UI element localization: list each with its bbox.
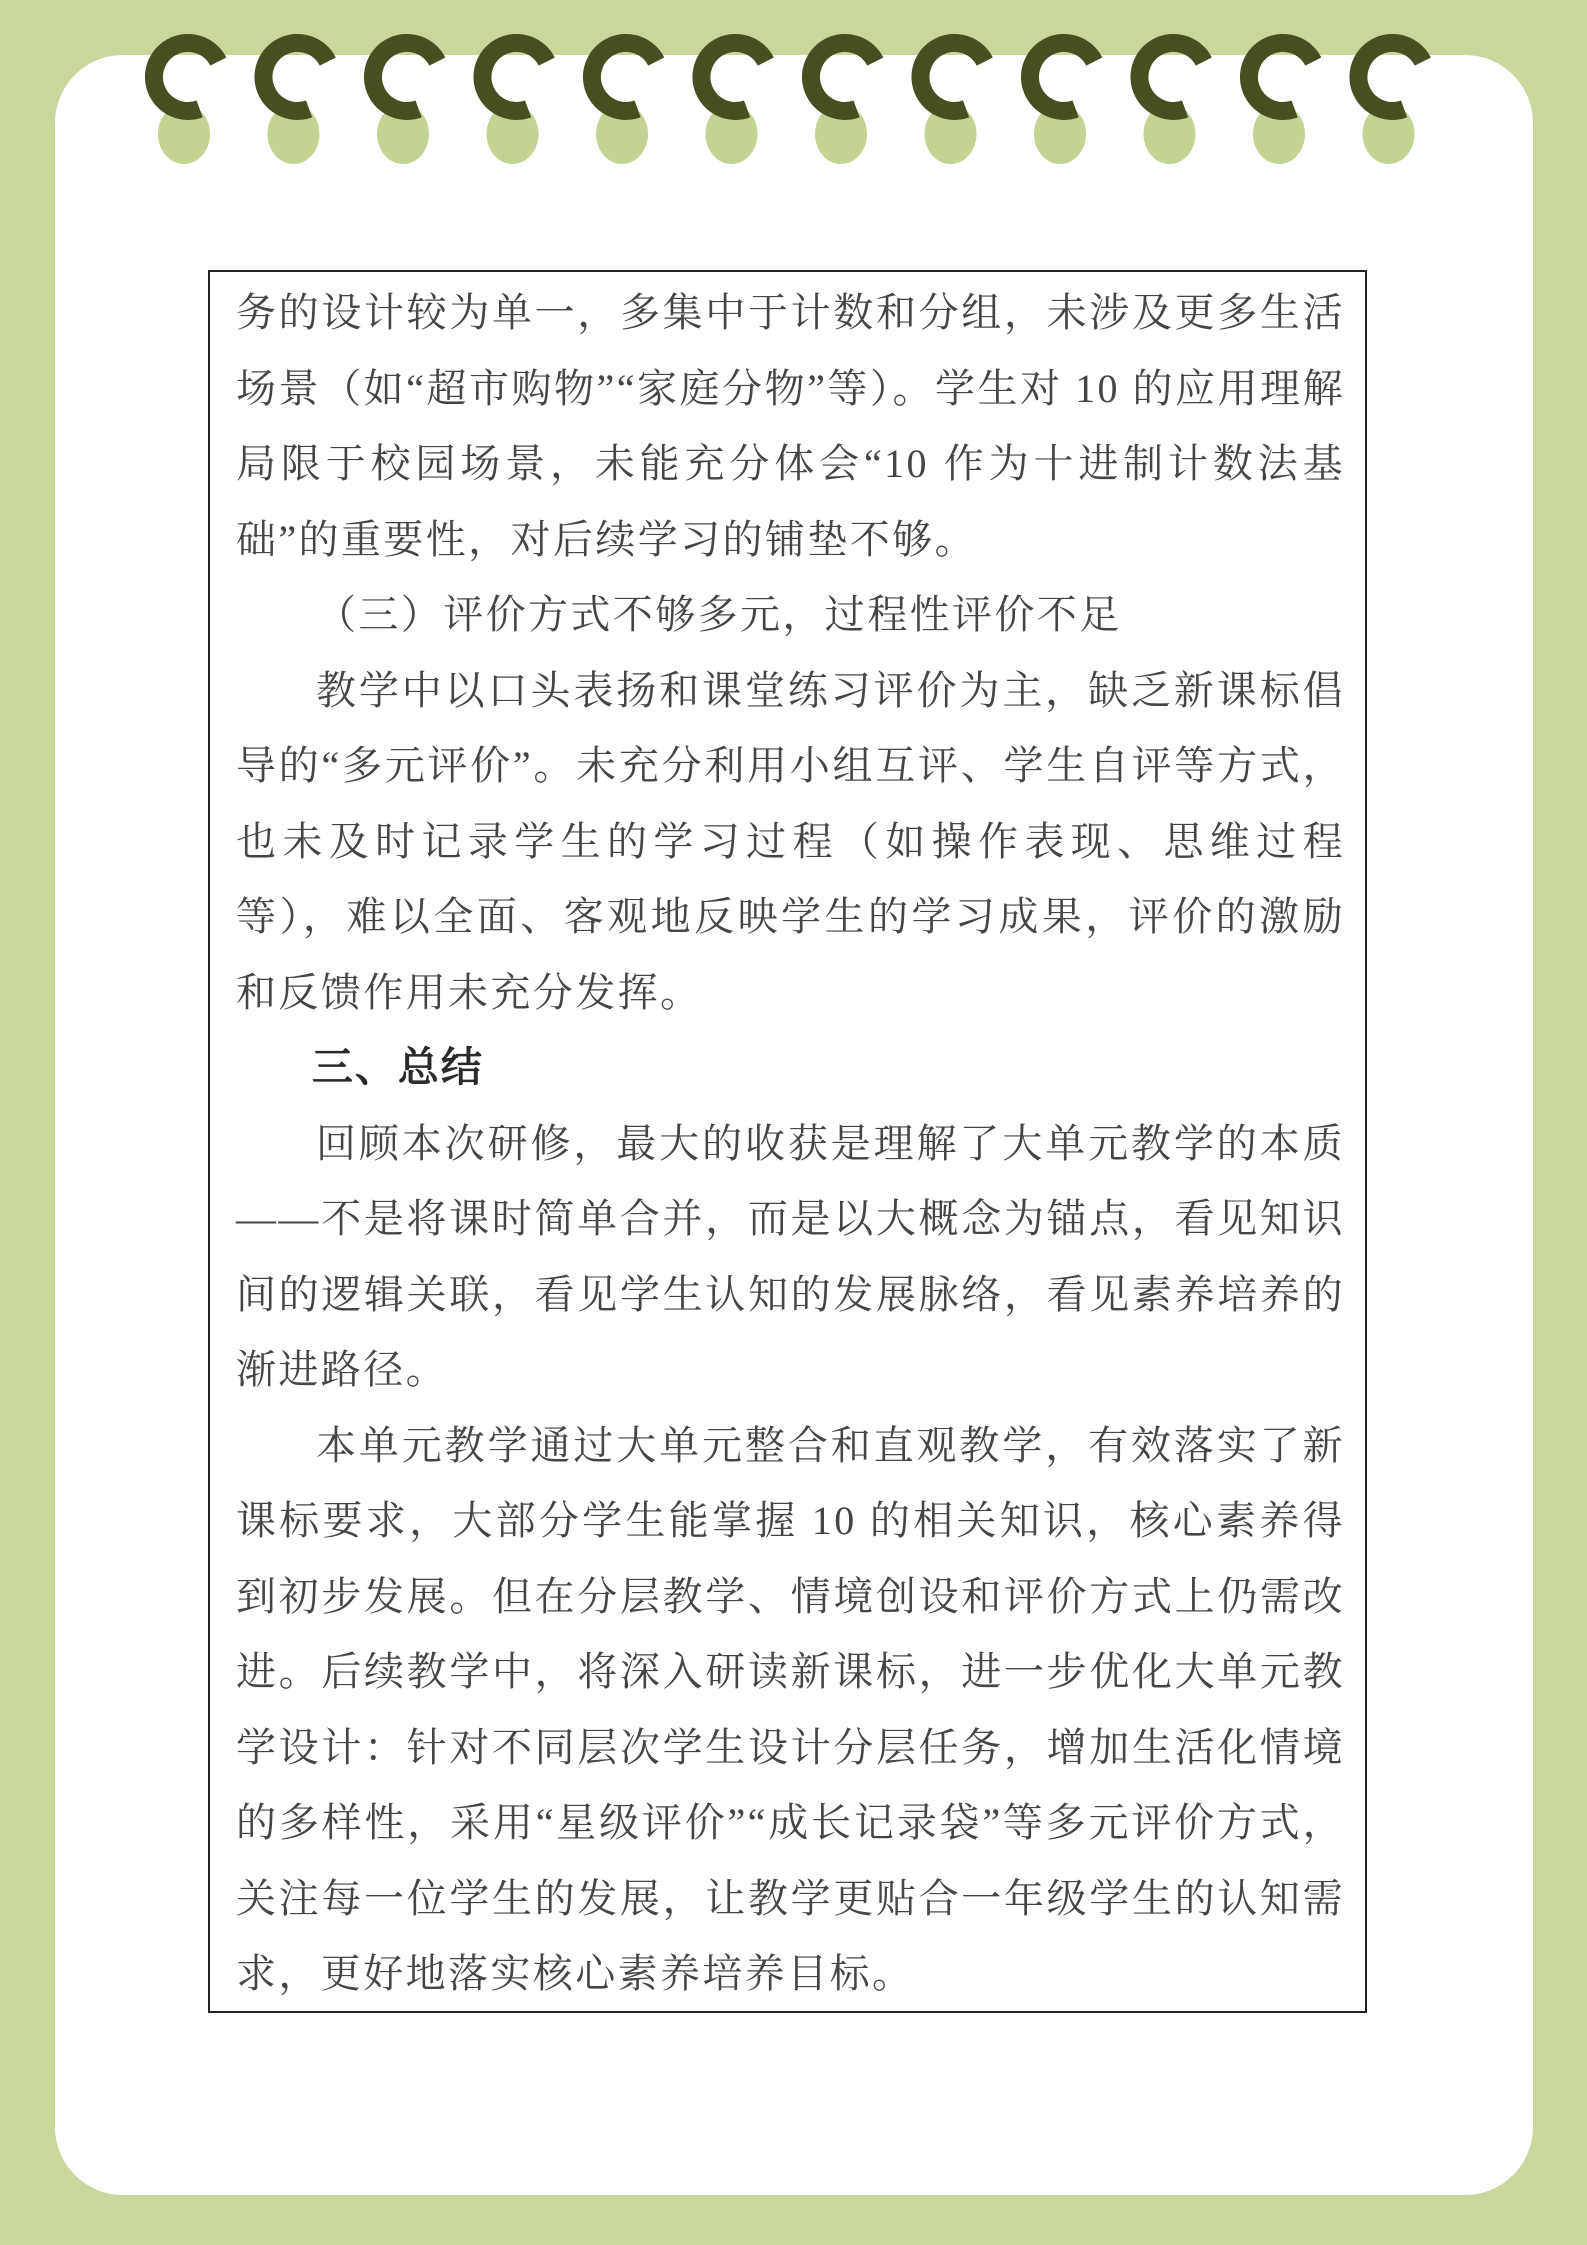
- binder-ring-icon: [263, 43, 327, 164]
- paragraph-review: 回顾本次研修，最大的收获是理解了大单元教学的本质——不是将课时简单合并，而是以大…: [236, 1106, 1345, 1408]
- section-heading: 三、总结: [236, 1030, 1345, 1106]
- paragraph-evaluation: 教学中以口头表扬和课堂练习评价为主，缺乏新课标倡导的“多元评价”。未充分利用小组…: [236, 653, 1345, 1031]
- paragraph-continuation: 务的设计较为单一，多集中于计数和分组，未涉及更多生活场景（如“超市购物”“家庭分…: [236, 275, 1345, 577]
- binder-ring-icon: [920, 43, 984, 164]
- binder-ring-icon: [592, 43, 656, 164]
- binder-ring-icon: [1358, 43, 1422, 164]
- binder-ring-icon: [482, 43, 546, 164]
- binder-ring-icon: [701, 43, 765, 164]
- spiral-binding: [0, 0, 1587, 180]
- binder-ring-icon: [811, 43, 875, 164]
- content-box: 务的设计较为单一，多集中于计数和分组，未涉及更多生活场景（如“超市购物”“家庭分…: [208, 270, 1367, 2013]
- binder-ring-icon: [1249, 43, 1313, 164]
- paragraph-subheading-three: （三）评价方式不够多元，过程性评价不足: [236, 577, 1345, 653]
- binder-ring-icon: [373, 43, 437, 164]
- binder-ring-icon: [154, 43, 218, 164]
- paragraph-summary: 本单元教学通过大单元整合和直观教学，有效落实了新课标要求，大部分学生能掌握 10…: [236, 1408, 1345, 2012]
- binder-ring-icon: [1030, 43, 1094, 164]
- binder-ring-icon: [1139, 43, 1203, 164]
